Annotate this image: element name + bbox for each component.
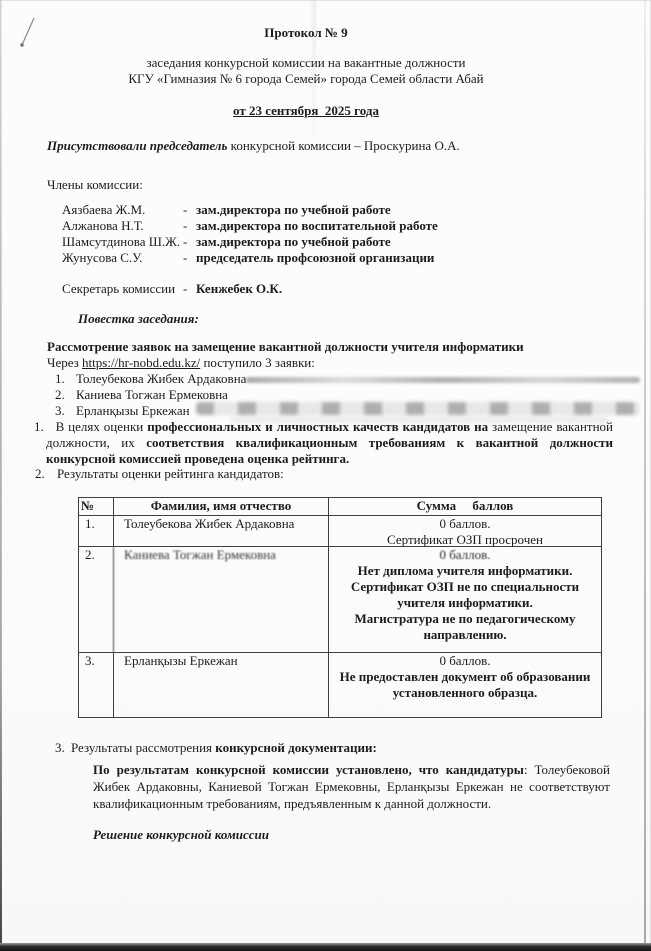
dash-separator: - [183, 281, 196, 297]
via-before: Через [47, 355, 82, 370]
members-label: Члены комиссии: [47, 177, 143, 193]
dash-separator: - [183, 234, 196, 250]
scan-right-edge [644, 0, 646, 951]
table-header-name: Фамилия, имя отчество [113, 498, 328, 515]
member-row: Шамсутдинова Ш.Ж. - зам.директора по уче… [62, 234, 391, 250]
table-header-row: № Фамилия, имя отчество Сумма баллов [79, 498, 601, 515]
score-details: Не предоставлен документ об образовании … [331, 669, 599, 701]
smudge-artifact [196, 402, 640, 415]
score-value: 0 баллов. [331, 547, 599, 563]
member-row: Алжанова Н.Т. - зам.директора по воспита… [62, 218, 438, 234]
via-after: поступило 3 заявки: [200, 355, 315, 370]
cell-name: Толеубекова Жибек Ардаковна [113, 516, 328, 546]
cell-name: Ерланқызы Еркежан [113, 653, 328, 717]
applicant-number: 2. [55, 387, 76, 403]
dash-separator: - [183, 218, 196, 234]
present-rest: конкурсной комиссии – Проскурина О.А. [227, 138, 459, 153]
applicant-name: Толеубекова Жибек Ардаковна [76, 371, 246, 387]
table-row: 3. Ерланқызы Еркежан 0 баллов. Не предос… [79, 652, 601, 717]
subtitle-line-2: КГУ «Гимназия № 6 города Семей» города С… [0, 71, 612, 87]
smudge-artifact [246, 377, 640, 383]
scan-left-edge [0, 0, 2, 951]
score-value: 0 баллов. [331, 516, 599, 532]
conclusion-paragraph: По результатам конкурсной комиссии устан… [93, 762, 610, 812]
point-number: 2. [35, 466, 57, 482]
member-role: зам.директора по учебной работе [196, 202, 391, 218]
member-name: Жунусова С.У. [62, 250, 183, 266]
point-3-seg: Результаты рассмотрения [71, 740, 215, 755]
point-2-line: 2. Результаты оценки рейтинга кандидатов… [35, 466, 284, 482]
table-header-number: № [79, 498, 113, 515]
scanned-protocol-document: Протокол № 9 заседания конкурсной комисс… [0, 0, 651, 951]
score-value: 0 баллов. [331, 653, 599, 669]
cell-number: 2. [79, 547, 113, 652]
table-row: 1. Толеубекова Жибек Ардаковна 0 баллов.… [79, 515, 601, 546]
cell-score: 0 баллов. Нет диплома учителя информатик… [328, 547, 601, 652]
scan-bottom-edge [0, 943, 651, 951]
applicant-row: 3. Ерланқызы Еркежан [55, 403, 190, 419]
cell-score: 0 баллов. Сертификат ОЗП просрочен [328, 516, 601, 546]
date-line: от 23 сентября 2025 года [0, 103, 612, 119]
point-3-text: Результаты рассмотрения конкурсной докум… [71, 740, 377, 756]
cell-number: 3. [79, 653, 113, 717]
applications-source-line: Через https://hr-nobd.edu.kz/ поступило … [47, 355, 315, 371]
point-3-line: 3. Результаты рассмотрения конкурсной до… [55, 740, 377, 756]
point-number: 1. [34, 419, 44, 434]
member-row: Жунусова С.У. - председатель профсоюзной… [62, 250, 434, 266]
applicant-number: 3. [55, 403, 76, 419]
score-details: Сертификат ОЗП просрочен [331, 532, 599, 547]
member-role: зам.директора по учебной работе [196, 234, 391, 250]
point-1-seg: В целях оценки [56, 419, 148, 434]
dash-separator: - [183, 250, 196, 266]
point-2-text: Результаты оценки рейтинга кандидатов: [57, 466, 284, 482]
date-text: от 23 сентября 2025 года [233, 103, 379, 118]
member-name: Аязбаева Ж.М. [62, 202, 183, 218]
point-1-seg: профессиональных и личностных качеств ка… [147, 419, 488, 434]
url-text: https://hr-nobd.edu.kz/ [82, 355, 200, 370]
applicant-row: 2. Каниева Тогжан Ермековна [55, 387, 228, 403]
agenda-heading: Повестка заседания: [78, 311, 199, 327]
table-row: 2. Каниева Тогжан Ермековна 0 баллов. Не… [79, 546, 601, 652]
conclusion-lead: По результатам конкурсной комиссии устан… [93, 762, 524, 777]
present-line: Присутствовали председатель конкурсной к… [47, 138, 460, 154]
subtitle-line-1: заседания конкурсной комиссии на вакантн… [0, 55, 612, 71]
present-label: Присутствовали председатель [47, 138, 227, 153]
secretary-label: Секретарь комиссии [62, 281, 183, 297]
dash-separator: - [183, 202, 196, 218]
applicant-name: Ерланқызы Еркежан [76, 403, 190, 419]
member-row: Аязбаева Ж.М. - зам.директора по учебной… [62, 202, 391, 218]
applicant-name: Каниева Тогжан Ермековна [76, 387, 228, 403]
cell-number: 1. [79, 516, 113, 546]
point-3-seg: конкурсной документации: [215, 740, 377, 755]
member-role: зам.директора по воспитательной работе [196, 218, 438, 234]
member-role: председатель профсоюзной организации [196, 250, 434, 266]
score-details: Нет диплома учителя информатики. Сертифи… [331, 563, 599, 643]
table-header-score: Сумма баллов [328, 498, 601, 515]
rating-table: № Фамилия, имя отчество Сумма баллов 1. … [78, 497, 602, 718]
member-name: Шамсутдинова Ш.Ж. [62, 234, 183, 250]
cell-score: 0 баллов. Не предоставлен документ об об… [328, 653, 601, 717]
applicant-number: 1. [55, 371, 76, 387]
point-number: 3. [55, 740, 71, 756]
applicant-row: 1. Толеубекова Жибек Ардаковна [55, 371, 246, 387]
page-title: Протокол № 9 [0, 25, 612, 41]
point-1-paragraph: 1. В целях оценки профессиональных и лич… [46, 419, 613, 467]
secretary-name: Кенжебек О.К. [196, 281, 282, 297]
decision-heading: Решение конкурсной комиссии [93, 827, 269, 843]
member-name: Алжанова Н.Т. [62, 218, 183, 234]
cell-name: Каниева Тогжан Ермековна [113, 547, 328, 652]
agenda-subject: Рассмотрение заявок на замещение вакантн… [47, 339, 524, 355]
secretary-row: Секретарь комиссии - Кенжебек О.К. [62, 281, 282, 297]
